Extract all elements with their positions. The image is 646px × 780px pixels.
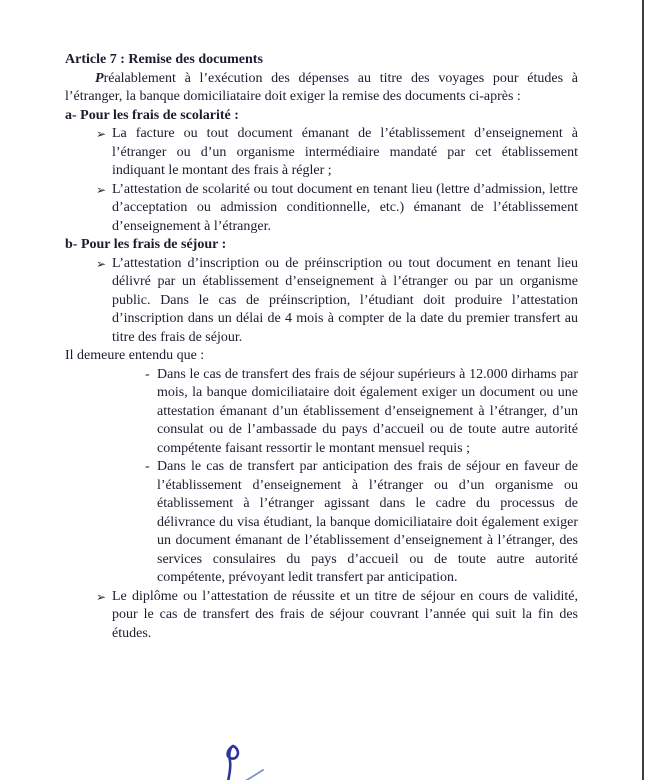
list-item: ➢ L’attestation d’inscription ou de préi… (65, 255, 578, 348)
list-item-text: L’attestation de scolarité ou tout docum… (112, 182, 578, 234)
list-item: ➢ Le diplôme ou l’attestation de réussit… (65, 588, 578, 644)
list-item-text: La facture ou tout document émanant de l… (112, 126, 578, 178)
sub-list-item: - Dans le cas de transfert des frais de … (65, 366, 578, 459)
arrow-bullet-icon: ➢ (96, 255, 106, 274)
list-item-text: L’attestation d’inscription ou de préins… (112, 256, 578, 345)
intro-paragraph: Préalablement à l’exécution des dépenses… (65, 70, 578, 107)
page-edge-line (642, 0, 644, 780)
signature-ink (203, 743, 275, 780)
list-item: ➢ L’attestation de scolarité ou tout doc… (65, 181, 578, 237)
dash-bullet-icon: - (145, 366, 150, 385)
arrow-bullet-icon: ➢ (96, 125, 106, 144)
sub-list-item: - Dans le cas de transfert par anticipat… (65, 458, 578, 588)
section-a-heading: a- Pour les frais de scolarité : (65, 107, 578, 126)
note-text: Il demeure entendu que : (65, 347, 578, 366)
article-title: Article 7 : Remise des documents (65, 51, 578, 70)
list-item-text: Le diplôme ou l’attestation de réussite … (112, 589, 578, 641)
arrow-bullet-icon: ➢ (96, 181, 106, 200)
intro-text: réalablement à l’exécution des dépenses … (65, 71, 578, 105)
sub-list-item-text: Dans le cas de transfert des frais de sé… (157, 367, 578, 456)
sub-list-item-text: Dans le cas de transfert par anticipatio… (157, 459, 578, 585)
document-content: Article 7 : Remise des documents Préalab… (65, 51, 578, 643)
dash-bullet-icon: - (145, 458, 150, 477)
list-item: ➢ La facture ou tout document émanant de… (65, 125, 578, 181)
arrow-bullet-icon: ➢ (96, 588, 106, 607)
document-page: Article 7 : Remise des documents Préalab… (0, 0, 646, 780)
section-b-heading: b- Pour les frais de séjour : (65, 236, 578, 255)
intro-lead-letter: P (95, 71, 104, 86)
